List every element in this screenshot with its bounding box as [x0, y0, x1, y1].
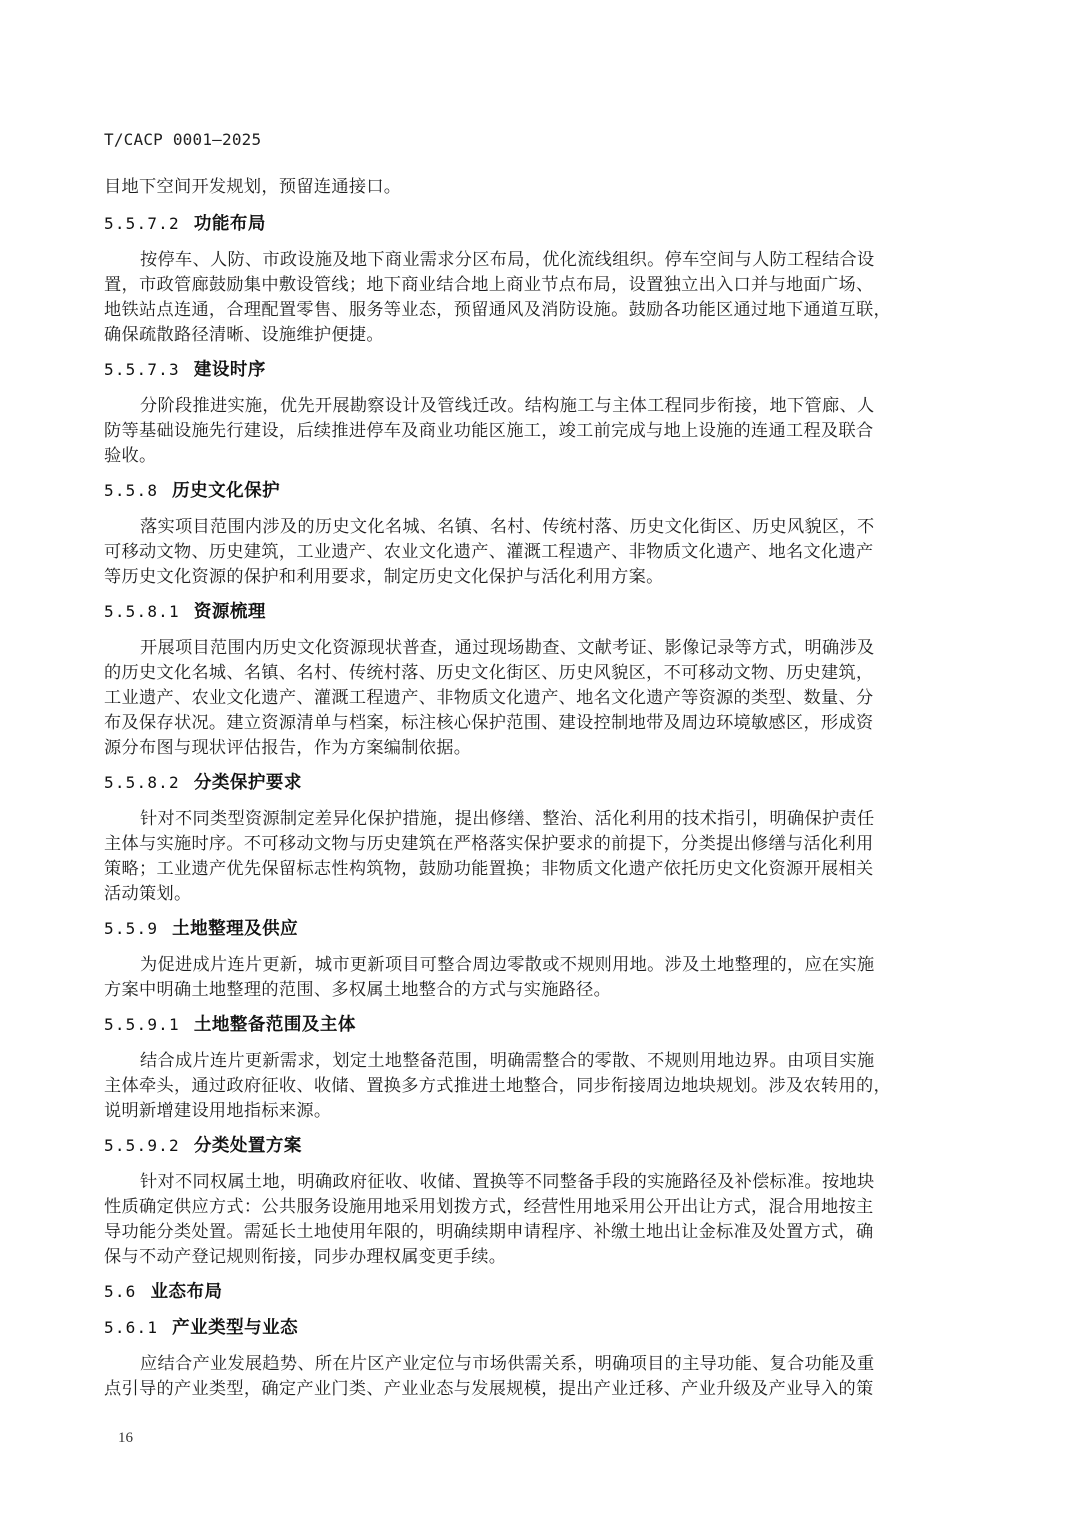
section-title: 土地整备范围及主体 [194, 1015, 356, 1035]
paragraph-line: 针对不同权属土地，明确政府征收、收储、置换等不同整备手段的实施路径及补偿标准。按… [140, 1170, 964, 1194]
document-page: T/CACP 0001—2025 目地下空间开发规划，预留连通接口。5.5.7.… [0, 0, 1080, 1527]
section-title: 分类保护要求 [194, 773, 302, 793]
section-title: 分类处置方案 [194, 1136, 302, 1156]
section-title: 建设时序 [194, 360, 266, 380]
section-heading: 5.5.9.2分类处置方案 [104, 1134, 302, 1158]
paragraph-line: 点引导的产业类型，确定产业门类、产业业态与发展规模，提出产业迁移、产业升级及产业… [104, 1377, 964, 1401]
paragraph-line: 保与不动产登记规则衔接，同步办理权属变更手续。 [104, 1245, 964, 1269]
section-number: 5.6.1 [104, 1316, 158, 1340]
paragraph-line: 按停车、人防、市政设施及地下商业需求分区布局，优化流线组织。停车空间与人防工程结… [140, 248, 964, 272]
paragraph-line: 活动策划。 [104, 882, 964, 906]
paragraph-line: 布及保存状况。建立资源清单与档案，标注核心保护范围、建设控制地带及周边环境敏感区… [104, 711, 964, 735]
paragraph-line: 说明新增建设用地指标来源。 [104, 1099, 964, 1123]
section-number: 5.5.9 [104, 917, 158, 941]
paragraph-line: 工业遗产、农业文化遗产、灌溉工程遗产、非物质文化遗产、地名文化遗产等资源的类型、… [104, 686, 964, 710]
paragraph-line: 防等基础设施先行建设，后续推进停车及商业功能区施工，竣工前完成与地上设施的连通工… [104, 419, 964, 443]
section-number: 5.5.9.1 [104, 1013, 180, 1037]
section-heading: 5.5.8.1资源梳理 [104, 600, 266, 624]
section-title: 产业类型与业态 [172, 1318, 298, 1338]
paragraph-line: 地铁站点连通，合理配置零售、服务等业态，预留通风及消防设施。鼓励各功能区通过地下… [104, 298, 964, 322]
section-number: 5.6 [104, 1280, 137, 1304]
paragraph-line: 置，市政管廊鼓励集中敷设管线；地下商业结合地上商业节点布局，设置独立出入口并与地… [104, 273, 964, 297]
paragraph-line: 开展项目范围内历史文化资源现状普查，通过现场勘查、文献考证、影像记录等方式，明确… [140, 636, 964, 660]
section-heading: 5.5.9土地整理及供应 [104, 917, 298, 941]
paragraph-line: 等历史文化资源的保护和利用要求，制定历史文化保护与活化利用方案。 [104, 565, 964, 589]
section-heading: 5.5.7.2功能布局 [104, 212, 266, 236]
paragraph-line: 源分布图与现状评估报告，作为方案编制依据。 [104, 736, 964, 760]
paragraph-line: 结合成片连片更新需求，划定土地整备范围，明确需整合的零散、不规则用地边界。由项目… [140, 1049, 964, 1073]
section-number: 5.5.7.2 [104, 212, 180, 236]
section-number: 5.5.8.2 [104, 771, 180, 795]
section-title: 业态布局 [151, 1282, 223, 1302]
paragraph-line: 主体与实施时序。不可移动文物与历史建筑在严格落实保护要求的前提下，分类提出修缮与… [104, 832, 964, 856]
paragraph-line: 的历史文化名城、名镇、名村、传统村落、历史文化街区、历史风貌区，不可移动文物、历… [104, 661, 964, 685]
section-heading: 5.6.1产业类型与业态 [104, 1316, 298, 1340]
paragraph-line: 导功能分类处置。需延长土地使用年限的，明确续期申请程序、补缴土地出让金标准及处置… [104, 1220, 964, 1244]
section-title: 历史文化保护 [172, 481, 280, 501]
page-number: 16 [118, 1430, 133, 1447]
paragraph-line: 为促进成片连片更新，城市更新项目可整合周边零散或不规则用地。涉及土地整理的，应在… [140, 953, 964, 977]
section-number: 5.5.8 [104, 479, 158, 503]
paragraph-line: 验收。 [104, 444, 964, 468]
section-heading: 5.5.9.1土地整备范围及主体 [104, 1013, 356, 1037]
section-heading: 5.5.7.3建设时序 [104, 358, 266, 382]
paragraph-line: 目地下空间开发规划，预留连通接口。 [104, 175, 964, 199]
paragraph-line: 分阶段推进实施，优先开展勘察设计及管线迁改。结构施工与主体工程同步衔接，地下管廊… [140, 394, 964, 418]
section-title: 功能布局 [194, 214, 266, 234]
paragraph-line: 应结合产业发展趋势、所在片区产业定位与市场供需关系，明确项目的主导功能、复合功能… [140, 1352, 964, 1376]
paragraph-line: 落实项目范围内涉及的历史文化名城、名镇、名村、传统村落、历史文化街区、历史风貌区… [140, 515, 964, 539]
paragraph-line: 方案中明确土地整理的范围、多权属土地整合的方式与实施路径。 [104, 978, 964, 1002]
paragraph-line: 策略；工业遗产优先保留标志性构筑物，鼓励功能置换；非物质文化遗产依托历史文化资源… [104, 857, 964, 881]
section-title: 土地整理及供应 [172, 919, 298, 939]
paragraph-line: 主体牵头，通过政府征收、收储、置换多方式推进土地整合，同步衔接周边地块规划。涉及… [104, 1074, 964, 1098]
standard-code: T/CACP 0001—2025 [104, 130, 261, 149]
section-heading: 5.5.8.2分类保护要求 [104, 771, 302, 795]
section-title: 资源梳理 [194, 602, 266, 622]
paragraph-line: 性质确定供应方式：公共服务设施用地采用划拨方式，经营性用地采用公开出让方式，混合… [104, 1195, 964, 1219]
section-number: 5.5.8.1 [104, 600, 180, 624]
section-number: 5.5.7.3 [104, 358, 180, 382]
paragraph-line: 针对不同类型资源制定差异化保护措施，提出修缮、整治、活化利用的技术指引，明确保护… [140, 807, 964, 831]
section-number: 5.5.9.2 [104, 1134, 180, 1158]
paragraph-line: 确保疏散路径清晰、设施维护便捷。 [104, 323, 964, 347]
section-heading: 5.5.8历史文化保护 [104, 479, 280, 503]
section-heading: 5.6业态布局 [104, 1280, 223, 1304]
paragraph-line: 可移动文物、历史建筑，工业遗产、农业文化遗产、灌溉工程遗产、非物质文化遗产、地名… [104, 540, 964, 564]
